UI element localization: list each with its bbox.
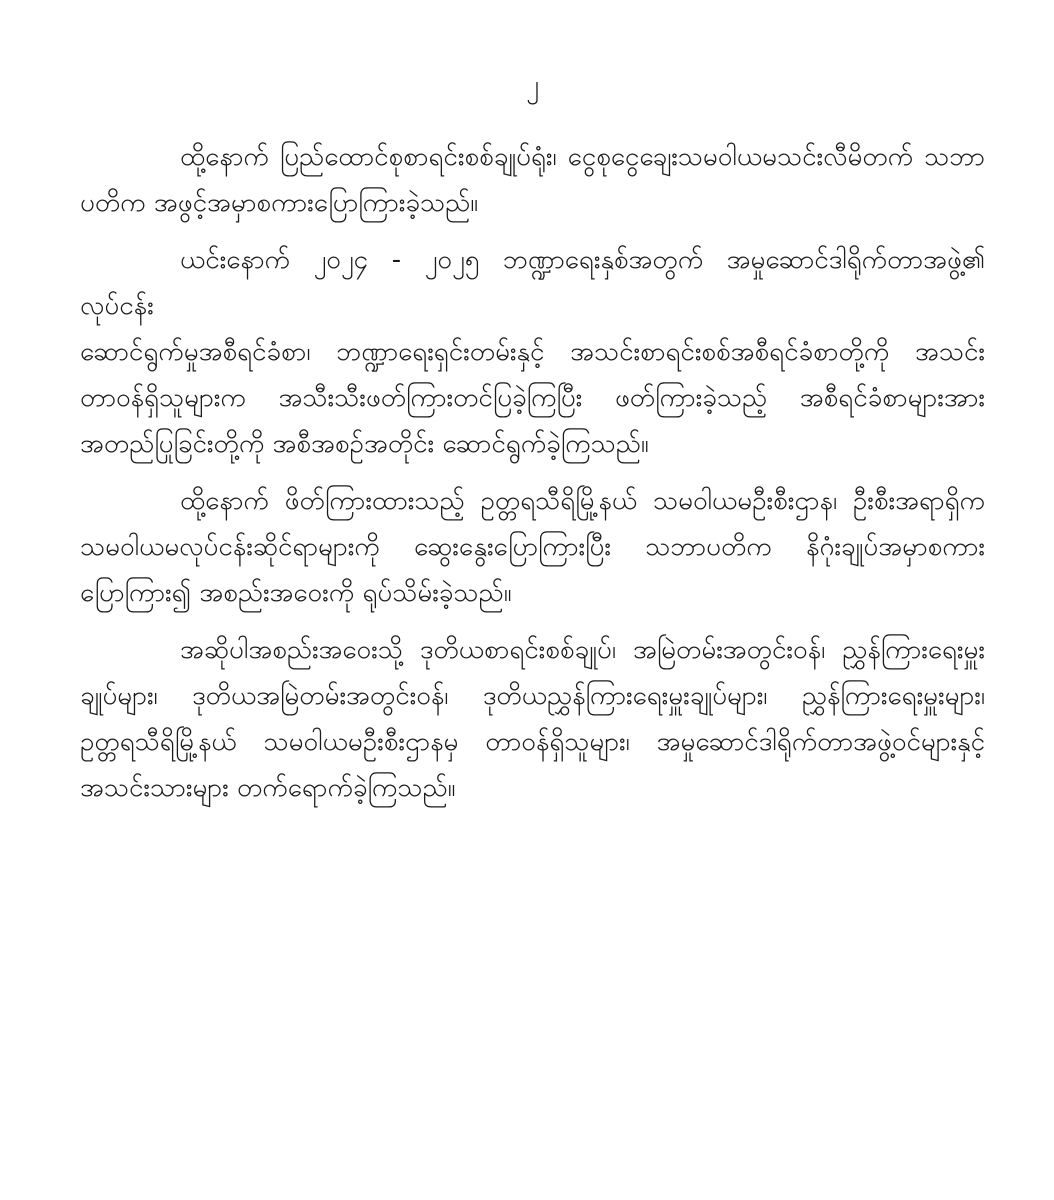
paragraph-2: ယင်းနောက် ၂၀၂၄ - ၂၀၂၅ ဘဏ္ဍာရေးနှစ်အတွက် … xyxy=(80,237,985,467)
paragraph-line: သမဝါယမလုပ်ငန်းဆိုင်ရာများကို ဆွေးနွေးပြေ… xyxy=(80,524,985,570)
paragraph-line: ဆောင်ရွက်မှုအစီရင်ခံစာ၊ ဘဏ္ဍာရေးရှင်းတမ်… xyxy=(80,329,985,375)
paragraph-4: အဆိုပါအစည်းအဝေးသို့ ဒုတိယစာရင်းစစ်ချုပ်၊… xyxy=(80,627,985,811)
paragraph-line: ထို့နောက် ပြည်ထောင်စုစာရင်းစစ်ချုပ်ရုံး၊… xyxy=(80,134,985,180)
paragraph-1: ထို့နောက် ပြည်ထောင်စုစာရင်းစစ်ချုပ်ရုံး၊… xyxy=(80,134,985,226)
paragraph-3: ထို့နောက် ဖိတ်ကြားထားသည့် ဥတ္တရသီရိမြို့… xyxy=(80,478,985,616)
paragraph-line: ပတိက အဖွင့်အမှာစကားပြောကြားခဲ့သည်။ xyxy=(80,180,985,226)
paragraph-line: ယင်းနောက် ၂၀၂၄ - ၂၀၂၅ ဘဏ္ဍာရေးနှစ်အတွက် … xyxy=(80,237,985,329)
paragraph-line: ထို့နောက် ဖိတ်ကြားထားသည့် ဥတ္တရသီရိမြို့… xyxy=(80,478,985,524)
paragraph-line: အသင်းသားများ တက်ရောက်ခဲ့ကြသည်။ xyxy=(80,765,985,811)
paragraph-line: ပြောကြား၍ အစည်းအဝေးကို ရုပ်သိမ်းခဲ့သည်။ xyxy=(80,570,985,616)
paragraph-line: တာဝန်ရှိသူများက အသီးသီးဖတ်ကြားတင်ပြခဲ့ကြ… xyxy=(80,375,985,421)
paragraph-line: ချုပ်များ၊ ဒုတိယအမြဲတမ်းအတွင်းဝန်၊ ဒုတိယ… xyxy=(80,673,985,719)
page-number: ၂ xyxy=(80,62,985,108)
document-page: ၂ ထို့နောက် ပြည်ထောင်စုစာရင်းစစ်ချုပ်ရုံ… xyxy=(0,0,1054,1200)
paragraph-line: အတည်ပြုခြင်းတို့ကို အစီအစဉ်အတိုင်း ဆောင်… xyxy=(80,421,985,467)
paragraph-line: ဥတ္တရသီရိမြို့နယ် သမဝါယမဦးစီးဌာနမှ တာဝန်… xyxy=(80,719,985,765)
paragraph-line: အဆိုပါအစည်းအဝေးသို့ ဒုတိယစာရင်းစစ်ချုပ်၊… xyxy=(80,627,985,673)
